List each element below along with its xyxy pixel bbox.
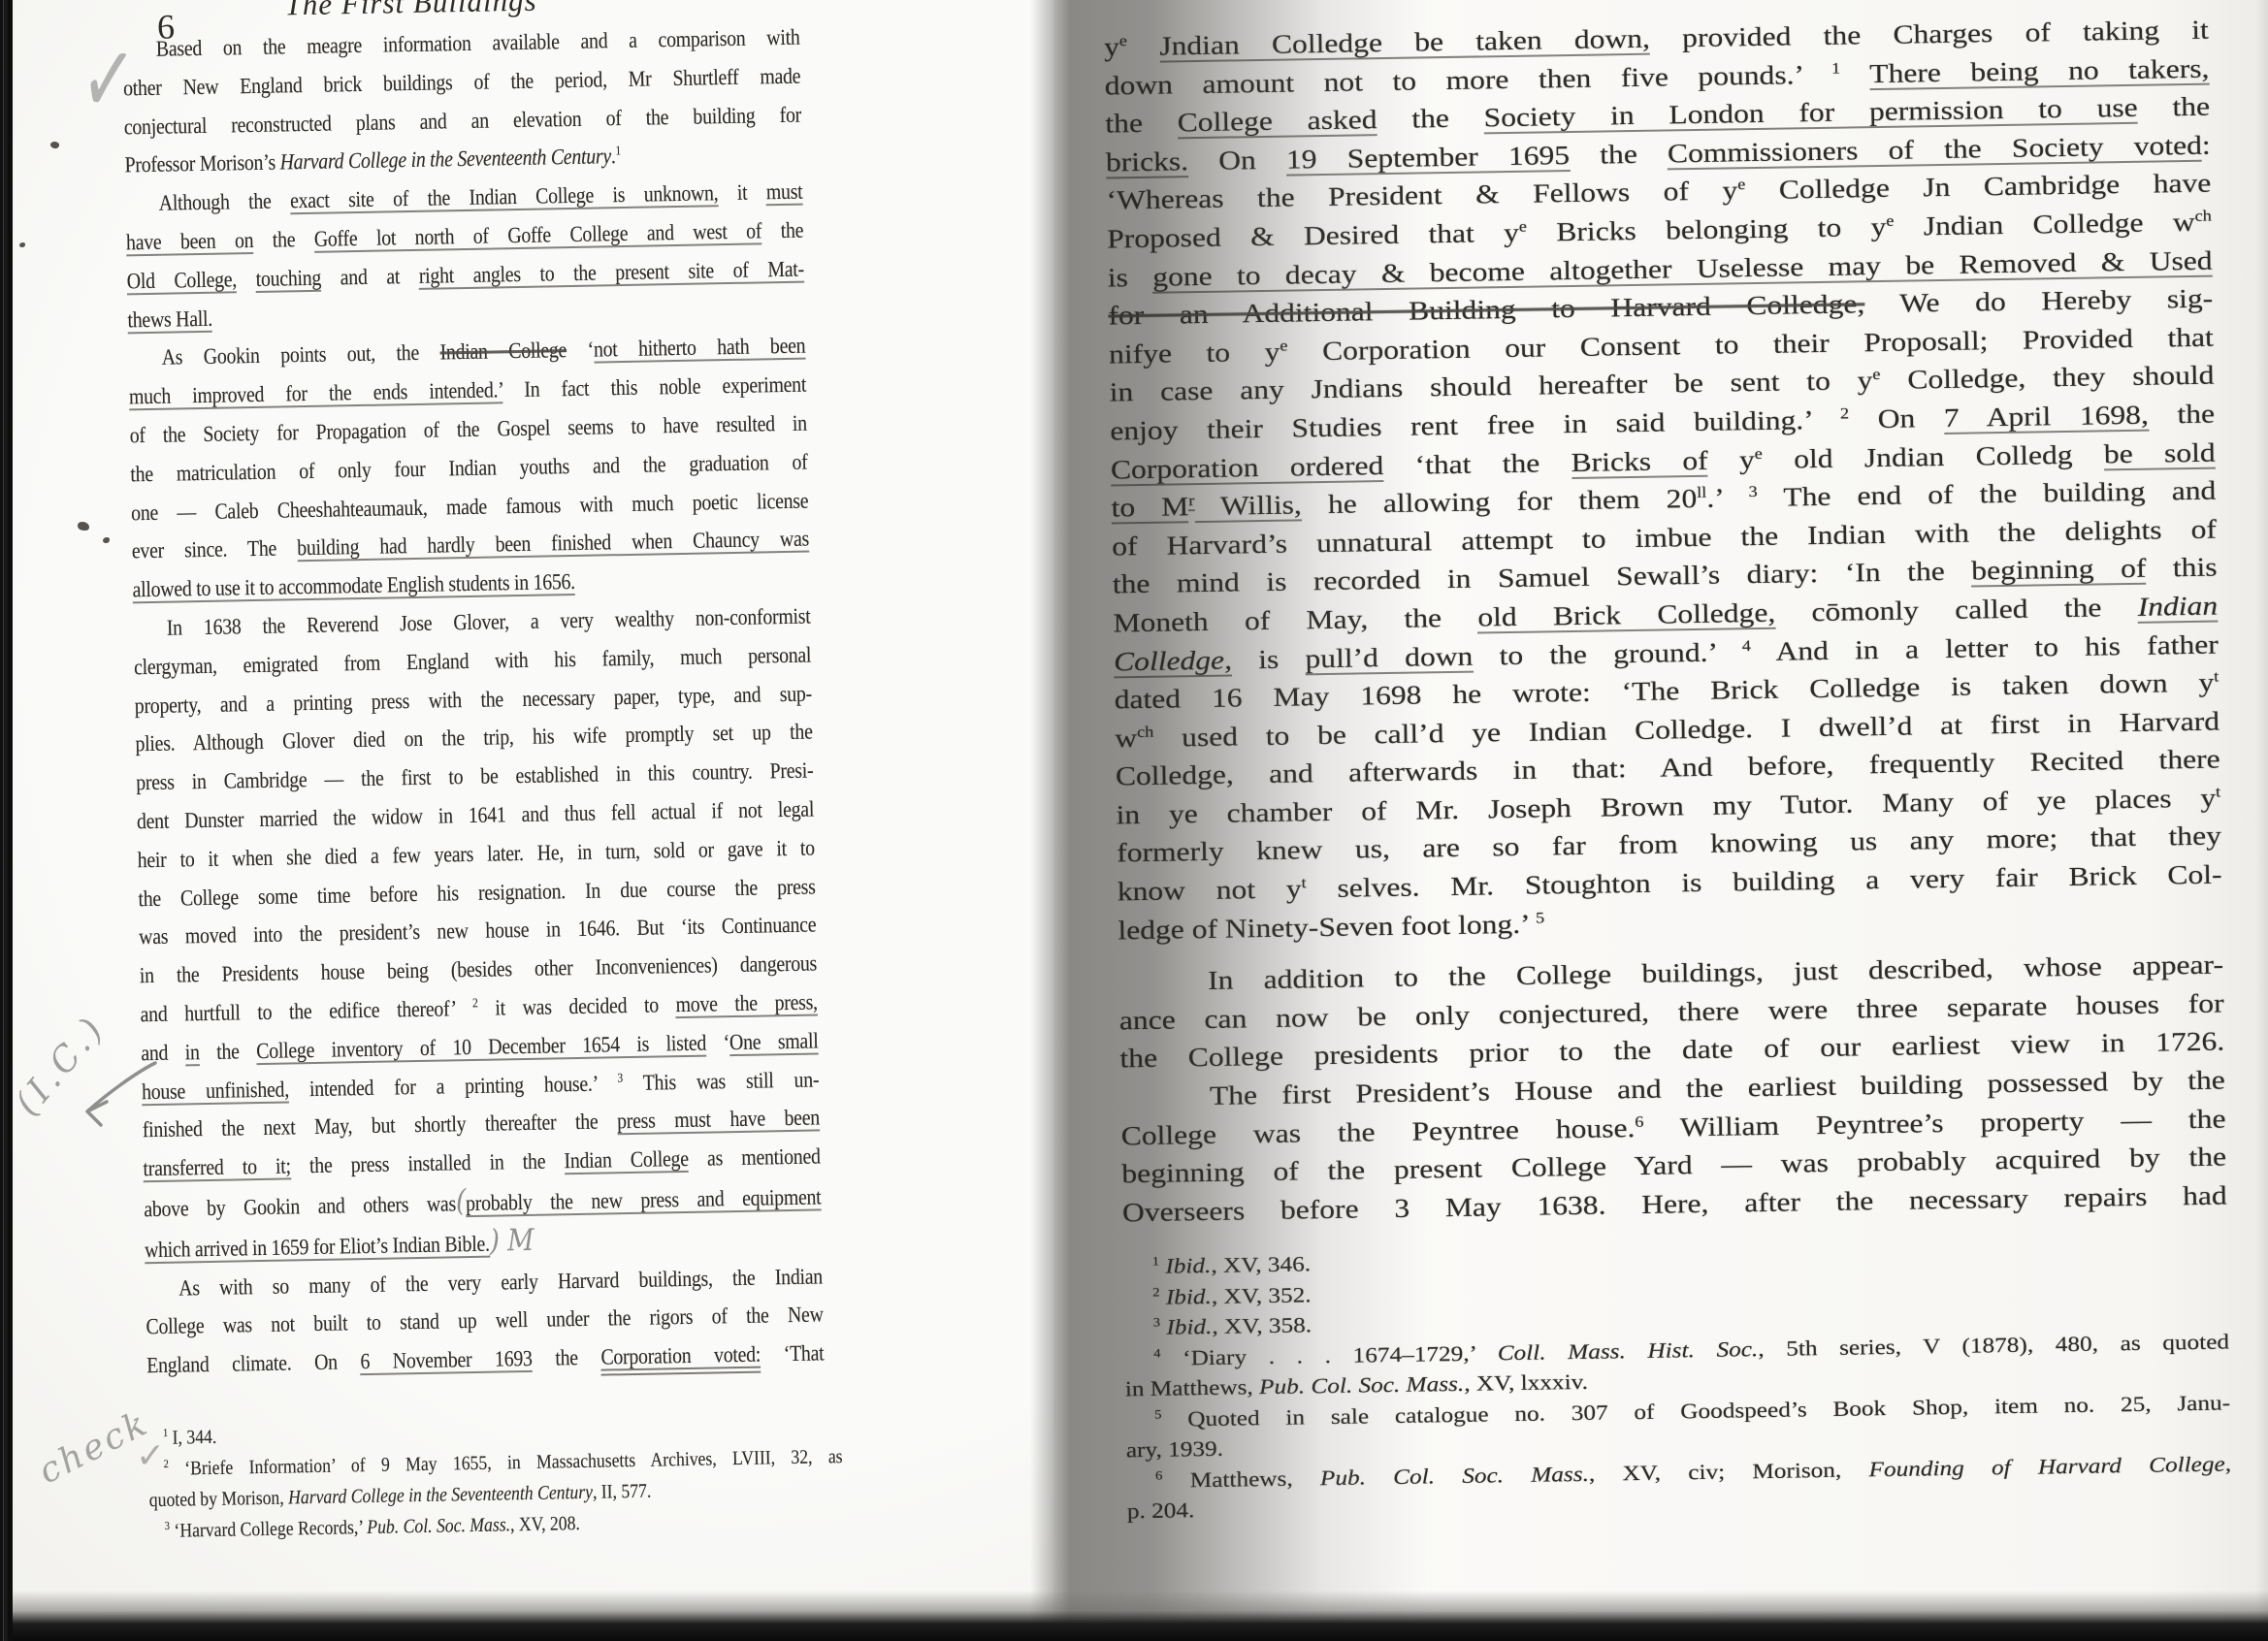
right-page-footnotes: 1 Ibid., XV, 346.2 Ibid., XV, 352.3 Ibid…	[1123, 1234, 2232, 1526]
scan-bottom-edge	[0, 1591, 2268, 1641]
scan-right-edge	[2256, 0, 2268, 1641]
left-page-text: Based on the meagre information availabl…	[122, 18, 825, 1385]
scan-left-edge	[0, 0, 13, 1641]
running-header: The First Buildings	[284, 0, 537, 22]
book-scan: 6 The First Buildings Based on the meagr…	[0, 0, 2268, 1641]
left-page-footnotes: 1 I, 344.2 ‘Briefe Information’ of 9 May…	[147, 1410, 844, 1547]
right-page: ye Jndian Colledge be taken down, provid…	[1053, 0, 2268, 1618]
left-page: 6 The First Buildings Based on the meagr…	[10, 0, 1053, 1618]
ink-speck	[78, 522, 89, 531]
right-page-text: ye Jndian Colledge be taken down, provid…	[1104, 11, 2227, 1232]
